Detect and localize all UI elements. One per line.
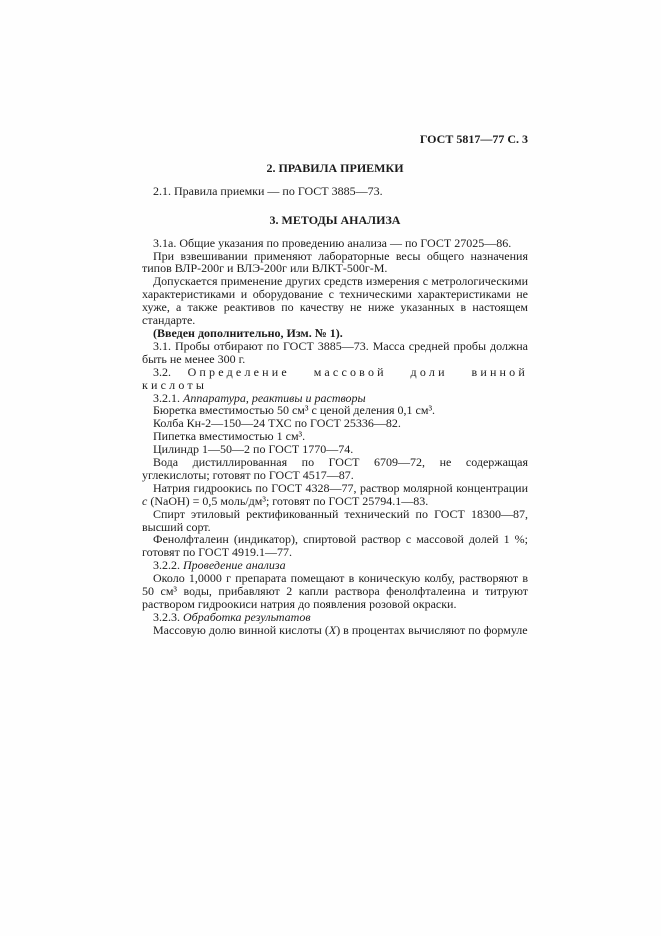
text-run: 3. МЕТОДЫ АНАЛИЗА xyxy=(270,213,401,227)
text-run: 3.1. Пробы отбирают по ГОСТ 3885—73. Мас… xyxy=(142,339,528,366)
paragraph: Фенолфталеин (индикатор), спиртовой раст… xyxy=(142,533,528,559)
text-run: 3.1а. Общие указания по проведению анали… xyxy=(153,236,511,250)
paragraph: Около 1,0000 г препарата помещают в кони… xyxy=(142,572,528,611)
text-run: 2. ПРАВИЛА ПРИЕМКИ xyxy=(266,161,403,175)
text-run: ) в процентах вычисляют по формуле xyxy=(336,623,527,637)
text-run: Колба Кн-2—150—24 ТХС по ГОСТ 25336—82. xyxy=(153,416,401,430)
text-run: Допускается применение других средств из… xyxy=(142,274,528,327)
text-run: Массовую долю винной кислоты ( xyxy=(153,623,329,637)
text-run: 3.2.2. xyxy=(153,558,183,572)
text-run: Пипетка вместимостью 1 см³. xyxy=(153,429,305,443)
text-run: Обработка результатов xyxy=(183,610,311,624)
text-run: Натрия гидроокись по ГОСТ 4328—77, раств… xyxy=(153,481,528,495)
text-run: Бюретка вместимостью 50 см³ с ценой деле… xyxy=(153,403,435,417)
paragraph: 3.1. Пробы отбирают по ГОСТ 3885—73. Мас… xyxy=(142,340,528,366)
paragraph: Вода дистиллированная по ГОСТ 6709—72, н… xyxy=(142,456,528,482)
section-heading: 2. ПРАВИЛА ПРИЕМКИ xyxy=(142,162,528,175)
text-run: 2.1. Правила приемки — по ГОСТ 3885—73. xyxy=(153,184,383,198)
page-header: ГОСТ 5817—77 С. 3 xyxy=(142,133,528,146)
document-text-block: ГОСТ 5817—77 С. 32. ПРАВИЛА ПРИЕМКИ2.1. … xyxy=(142,133,528,637)
paragraph: 2.1. Правила приемки — по ГОСТ 3885—73. xyxy=(142,185,528,198)
text-run: Фенолфталеин (индикатор), спиртовой раст… xyxy=(142,532,528,559)
paragraph: 3.2. Определение массовой доли винной ки… xyxy=(142,366,528,392)
text-run: 3.2.3. xyxy=(153,610,183,624)
paragraph: При взвешивании применяют лабораторные в… xyxy=(142,250,528,276)
text-run: 3.2.1. xyxy=(153,391,183,405)
text-run: ГОСТ 5817—77 С. 3 xyxy=(420,132,528,146)
paragraph: Натрия гидроокись по ГОСТ 4328—77, раств… xyxy=(142,482,528,508)
text-run: Спирт этиловый ректификованный техническ… xyxy=(142,507,528,534)
text-run: Вода дистиллированная по ГОСТ 6709—72, н… xyxy=(142,455,528,482)
text-run: Около 1,0000 г препарата помещают в кони… xyxy=(142,571,528,611)
text-run: 3.2. xyxy=(153,365,188,379)
text-run: Аппаратура, реактивы и растворы xyxy=(183,391,366,405)
paragraph: Допускается применение других средств из… xyxy=(142,275,528,327)
text-run: При взвешивании применяют лабораторные в… xyxy=(142,249,528,276)
section-heading: 3. МЕТОДЫ АНАЛИЗА xyxy=(142,214,528,227)
text-run: Проведение анализа xyxy=(183,558,286,572)
text-run: Цилиндр 1—50—2 по ГОСТ 1770—74. xyxy=(153,442,353,456)
text-run: Определение массовой доли винной кислоты xyxy=(142,365,528,392)
paragraph: Массовую долю винной кислоты (X) в проце… xyxy=(142,624,528,637)
paragraph: Спирт этиловый ректификованный техническ… xyxy=(142,508,528,534)
text-run: (Введен дополнительно, Изм. № 1). xyxy=(153,326,343,340)
text-run: (NaOH) = 0,5 моль/дм³; готовят по ГОСТ 2… xyxy=(147,494,428,508)
document-page: ГОСТ 5817—77 С. 32. ПРАВИЛА ПРИЕМКИ2.1. … xyxy=(0,0,661,936)
